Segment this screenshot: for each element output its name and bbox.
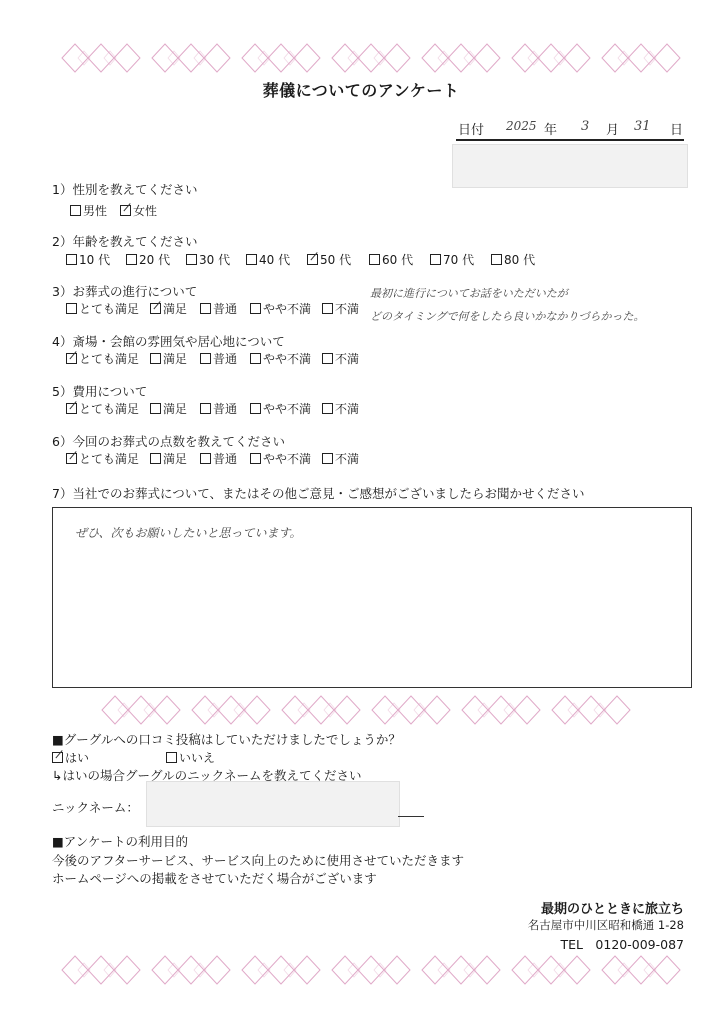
diamond-chain-icon [330,40,412,76]
checkbox-checked[interactable] [66,403,77,414]
date-day: 31 [634,119,651,134]
middle-decoration [100,692,680,728]
date-field: 日付 2025 年 3 月 31 日 [456,117,684,141]
q3-option-1[interactable]: 満足 [150,300,187,317]
checkbox[interactable] [322,303,333,314]
q3-option-0[interactable]: とても満足 [66,300,139,317]
checkbox[interactable] [200,453,211,464]
question-5-label: 5）費用について [52,382,147,400]
comment-textarea[interactable]: ぜひ、次もお願いしたいと思っています。 [52,507,692,688]
q2-option-0[interactable]: 10 代 [66,251,110,268]
diamond-chain-icon [240,40,322,76]
question-7-label: 7）当社でのお葬式について、またはその他ご意見・ご感想がございましたらお聞かせく… [52,484,584,502]
q6-option-1[interactable]: 満足 [150,450,187,467]
checkbox[interactable] [322,403,333,414]
checkbox-checked[interactable] [52,752,63,763]
diamond-chain-icon [510,952,592,988]
q1-option-female[interactable]: 女性 [120,202,157,219]
q4-option-3[interactable]: やや不満 [250,350,311,367]
diamond-chain-icon [150,40,232,76]
q6-option-0[interactable]: とても満足 [66,450,139,467]
checkbox-checked[interactable] [66,353,77,364]
checkbox[interactable] [322,353,333,364]
checkbox[interactable] [250,403,261,414]
diamond-chain-icon [420,40,502,76]
q5-option-3[interactable]: やや不満 [250,400,311,417]
checkbox-checked[interactable] [66,453,77,464]
diamond-chain-icon [280,692,362,728]
diamond-chain-icon [600,952,682,988]
checkbox[interactable] [126,254,137,265]
google-option-yes[interactable]: はい [52,749,89,766]
q5-option-4[interactable]: 不満 [322,400,359,417]
checkbox[interactable] [430,254,441,265]
q3-handwritten-note-line1: 最初に進行についてお話をいただいたが [370,285,568,301]
date-month-unit: 月 [606,119,619,138]
q1-option-male[interactable]: 男性 [70,202,107,219]
checkbox[interactable] [200,303,211,314]
diamond-chain-icon [150,952,232,988]
checkbox[interactable] [66,303,77,314]
google-review-heading: ■グーグルへの口コミ投稿はしていただけましたでしょうか？ [52,730,401,748]
checkbox[interactable] [150,453,161,464]
checkbox-checked[interactable] [307,254,318,265]
checkbox[interactable] [150,353,161,364]
checkbox[interactable] [250,453,261,464]
q4-option-4[interactable]: 不満 [322,350,359,367]
diamond-chain-icon [460,692,542,728]
checkbox[interactable] [66,254,77,265]
q5-option-0[interactable]: とても満足 [66,400,139,417]
checkbox[interactable] [150,403,161,414]
redacted-name-area [452,144,688,188]
q3-option-4[interactable]: 不満 [322,300,359,317]
q6-option-4[interactable]: 不満 [322,450,359,467]
q5-option-2[interactable]: 普通 [200,400,237,417]
date-year: 2025 [506,119,537,133]
company-name: 最期のひとときに旅立ち [541,898,684,917]
q4-option-2[interactable]: 普通 [200,350,237,367]
q2-option-7[interactable]: 80 代 [491,251,535,268]
checkbox[interactable] [200,353,211,364]
comment-answer: ぜひ、次もお願いしたいと思っています。 [75,524,302,541]
checkbox[interactable] [491,254,502,265]
company-address: 名古屋市中川区昭和橋通 1-28 [528,917,684,933]
question-4-label: 4）斎場・会館の雰囲気や居心地について [52,332,285,350]
nickname-input[interactable] [146,781,400,827]
purpose-line-1: 今後のアフターサービス、サービス向上のために使用させていただきます [52,851,464,869]
checkbox[interactable] [250,353,261,364]
diamond-chain-icon [60,40,142,76]
date-year-unit: 年 [544,119,557,138]
question-1-label: 1）性別を教えてください [52,180,197,198]
q6-option-2[interactable]: 普通 [200,450,237,467]
diamond-chain-icon [330,952,412,988]
bottom-decoration [60,952,692,988]
diamond-chain-icon [100,692,182,728]
checkbox-checked[interactable] [120,205,131,216]
q6-option-3[interactable]: やや不満 [250,450,311,467]
date-month: 3 [581,119,589,134]
q4-option-1[interactable]: 満足 [150,350,187,367]
diamond-chain-icon [60,952,142,988]
checkbox[interactable] [246,254,257,265]
purpose-line-2: ホームページへの掲載をさせていただく場合がございます [52,869,377,887]
checkbox[interactable] [186,254,197,265]
checkbox[interactable] [322,453,333,464]
checkbox[interactable] [166,752,177,763]
q2-option-6[interactable]: 70 代 [430,251,474,268]
diamond-chain-icon [370,692,452,728]
q5-option-1[interactable]: 満足 [150,400,187,417]
nickname-label: ニックネーム： [52,798,139,816]
question-2-label: 2）年齢を教えてください [52,232,197,250]
company-tel: TEL 0120-009-087 [560,935,684,953]
question-3-label: 3）お葬式の進行について [52,282,197,300]
q3-option-3[interactable]: やや不満 [250,300,311,317]
purpose-heading: ■アンケートの利用目的 [52,832,188,850]
diamond-chain-icon [600,40,682,76]
google-option-no[interactable]: いいえ [166,749,215,766]
diamond-chain-icon [190,692,272,728]
q2-option-2[interactable]: 30 代 [186,251,230,268]
diamond-chain-icon [420,952,502,988]
checkbox[interactable] [250,303,261,314]
q2-option-3[interactable]: 40 代 [246,251,290,268]
nickname-underline [398,816,424,817]
diamond-chain-icon [240,952,322,988]
checkbox[interactable] [200,403,211,414]
question-6-label: 6）今回のお葬式の点数を教えてください [52,432,285,450]
q2-option-5[interactable]: 60 代 [369,251,413,268]
checkbox-checked[interactable] [150,303,161,314]
diamond-chain-icon [550,692,632,728]
q3-option-2[interactable]: 普通 [200,300,237,317]
page-title: 葬儀についてのアンケート [0,78,722,101]
q3-handwritten-note-line2: どのタイミングで何をしたら良いかなかりづらかった。 [370,308,645,324]
diamond-chain-icon [510,40,592,76]
date-day-unit: 日 [670,119,683,138]
q2-option-1[interactable]: 20 代 [126,251,170,268]
top-decoration [60,40,692,76]
checkbox[interactable] [369,254,380,265]
q4-option-0[interactable]: とても満足 [66,350,139,367]
date-label: 日付 [458,119,484,138]
checkbox[interactable] [70,205,81,216]
q2-option-4[interactable]: 50 代 [307,251,351,268]
